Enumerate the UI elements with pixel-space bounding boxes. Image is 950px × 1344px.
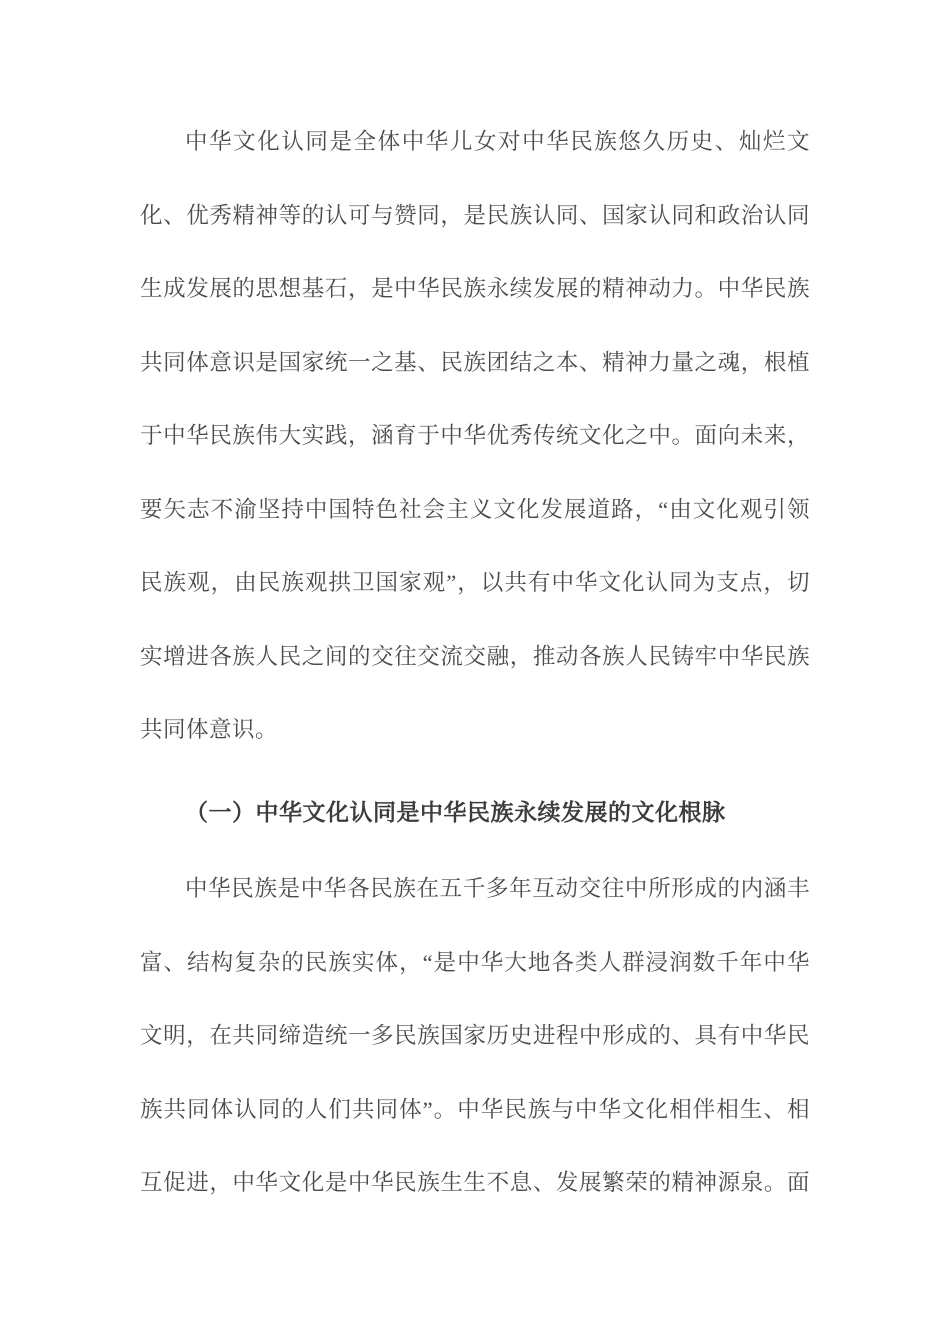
text-line: 文明，在共同缔造统一多民族国家历史进程中形成的、具有中华民 [140,999,810,1073]
heading-text: （一）中华文化认同是中华民族永续发展的文化根脉 [140,776,810,850]
text-line: 民族观，由民族观拱卫国家观”，以共有中华文化认同为支点，切 [140,546,810,620]
text-line: 于中华民族伟大实践，涵育于中华优秀传统文化之中。面向未来， [140,399,810,473]
text-line: 化、优秀精神等的认可与赞同，是民族认同、国家认同和政治认同 [140,179,810,253]
body-paragraph-1: 中华民族是中华各民族在五千多年互动交往中所形成的内涵丰富、结构复杂的民族实体，“… [140,852,810,1220]
text-line: 族共同体认同的人们共同体”。中华民族与中华文化相伴相生、相 [140,1073,810,1147]
text-line: 共同体意识是国家统一之基、民族团结之本、精神力量之魂，根植 [140,326,810,400]
text-line: 生成发展的思想基石，是中华民族永续发展的精神动力。中华民族 [140,252,810,326]
text-line: 共同体意识。 [140,693,810,767]
text-line: 富、结构复杂的民族实体，“是中华大地各类人群浸润数千年中华 [140,926,810,1000]
document-body: 中华文化认同是全体中华儿女对中华民族悠久历史、灿烂文化、优秀精神等的认可与赞同，… [140,105,810,1220]
document-page: 中华文化认同是全体中华儿女对中华民族悠久历史、灿烂文化、优秀精神等的认可与赞同，… [0,0,950,1344]
text-line: 中华民族是中华各民族在五千多年互动交往中所形成的内涵丰 [140,852,810,926]
intro-paragraph: 中华文化认同是全体中华儿女对中华民族悠久历史、灿烂文化、优秀精神等的认可与赞同，… [140,105,810,767]
text-line: 中华文化认同是全体中华儿女对中华民族悠久历史、灿烂文 [140,105,810,179]
text-line: 实增进各族人民之间的交往交流交融，推动各族人民铸牢中华民族 [140,620,810,694]
text-line: 要矢志不渝坚持中国特色社会主义文化发展道路，“由文化观引领 [140,473,810,547]
text-line: 互促进，中华文化是中华民族生生不息、发展繁荣的精神源泉。面 [140,1146,810,1220]
section-heading-1: （一）中华文化认同是中华民族永续发展的文化根脉 [140,776,810,850]
